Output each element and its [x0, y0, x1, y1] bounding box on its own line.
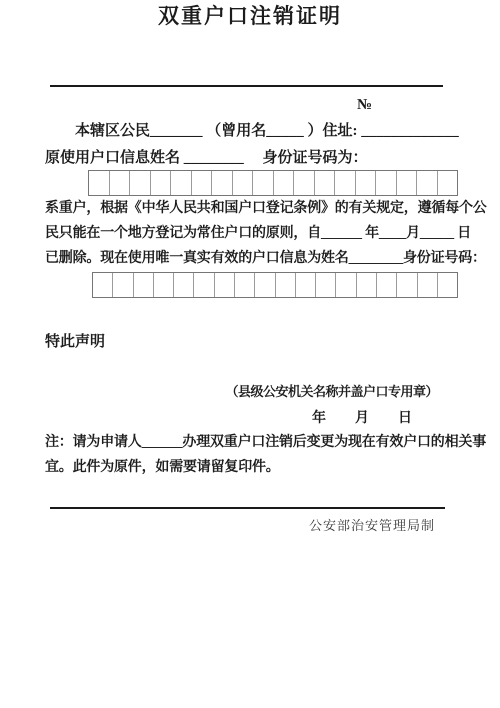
id-digit-cell [276, 273, 296, 297]
month-label: 月 [355, 407, 369, 427]
id-digit-cell [174, 273, 194, 297]
id-digit-cell [212, 171, 233, 195]
id-digit-cell [151, 171, 172, 195]
body-line: 民只能在一个地方登记为常住户口的原则，自______ 年____月_____ 日 [45, 221, 487, 246]
id-digit-cell [294, 171, 315, 195]
id-digit-cell [397, 273, 417, 297]
id-digit-cell [397, 171, 418, 195]
citizen-name-line: 本辖区公民_______ （曾用名_____ ）住址: ____________… [75, 119, 459, 140]
year-label: 年 [312, 407, 326, 427]
id-digit-cell [377, 273, 397, 297]
id-digit-cell [134, 273, 154, 297]
id-number-grid-original [88, 170, 458, 196]
id-number-grid-current [92, 272, 458, 298]
id-digit-cell [192, 171, 213, 195]
id-digit-cell [253, 171, 274, 195]
id-digit-cell [274, 171, 295, 195]
declaration-text: 特此声明 [45, 330, 105, 351]
certificate-document: 双重户口注销证明 № 本辖区公民_______ （曾用名_____ ）住址: _… [0, 0, 500, 708]
id-digit-cell [438, 273, 457, 297]
serial-number-label: № [357, 97, 372, 114]
date-line: 年 月 日 [0, 407, 500, 427]
id-digit-cell [316, 273, 336, 297]
top-rule [50, 85, 443, 87]
note-line: 注：请为申请人______办理双重户口注销后变更为现在有效户口的相关事 [45, 430, 486, 455]
id-digit-cell [110, 171, 131, 195]
bottom-rule [50, 507, 445, 509]
id-digit-cell [233, 171, 254, 195]
id-digit-cell [171, 171, 192, 195]
document-title: 双重户口注销证明 [0, 0, 500, 30]
id-digit-cell [89, 171, 110, 195]
id-digit-cell [315, 171, 336, 195]
body-paragraph: 系重户，根据《中华人民共和国户口登记条例》的有关规定，遵循每个公 民只能在一个地… [45, 196, 487, 271]
id-digit-cell [93, 273, 113, 297]
id-digit-cell [130, 171, 151, 195]
id-digit-cell [296, 273, 316, 297]
id-digit-cell [194, 273, 214, 297]
id-digit-cell [215, 273, 235, 297]
issuer-text: 公安部治安管理局制 [0, 515, 500, 534]
id-digit-cell [418, 273, 438, 297]
note-line: 宜。此件为原件，如需要请留复印件。 [45, 455, 486, 480]
body-line: 系重户，根据《中华人民共和国户口登记条例》的有关规定，遵循每个公 [45, 196, 487, 221]
note-paragraph: 注：请为申请人______办理双重户口注销后变更为现在有效户口的相关事 宜。此件… [45, 430, 486, 480]
original-household-info-line: 原使用户口信息姓名 ________ 身份证号码为： [45, 146, 368, 167]
id-digit-cell [356, 171, 377, 195]
id-digit-cell [438, 171, 458, 195]
id-digit-cell [336, 273, 356, 297]
id-digit-cell [235, 273, 255, 297]
seal-instruction-text: （县级公安机关名称并盖户口专用章） [0, 381, 500, 400]
id-digit-cell [113, 273, 133, 297]
id-digit-cell [154, 273, 174, 297]
id-digit-cell [417, 171, 438, 195]
id-digit-cell [335, 171, 356, 195]
id-digit-cell [255, 273, 275, 297]
id-digit-cell [376, 171, 397, 195]
day-label: 日 [398, 407, 412, 427]
id-digit-cell [357, 273, 377, 297]
body-line: 已删除。现在使用唯一真实有效的户口信息为姓名________身份证号码： [45, 246, 487, 271]
